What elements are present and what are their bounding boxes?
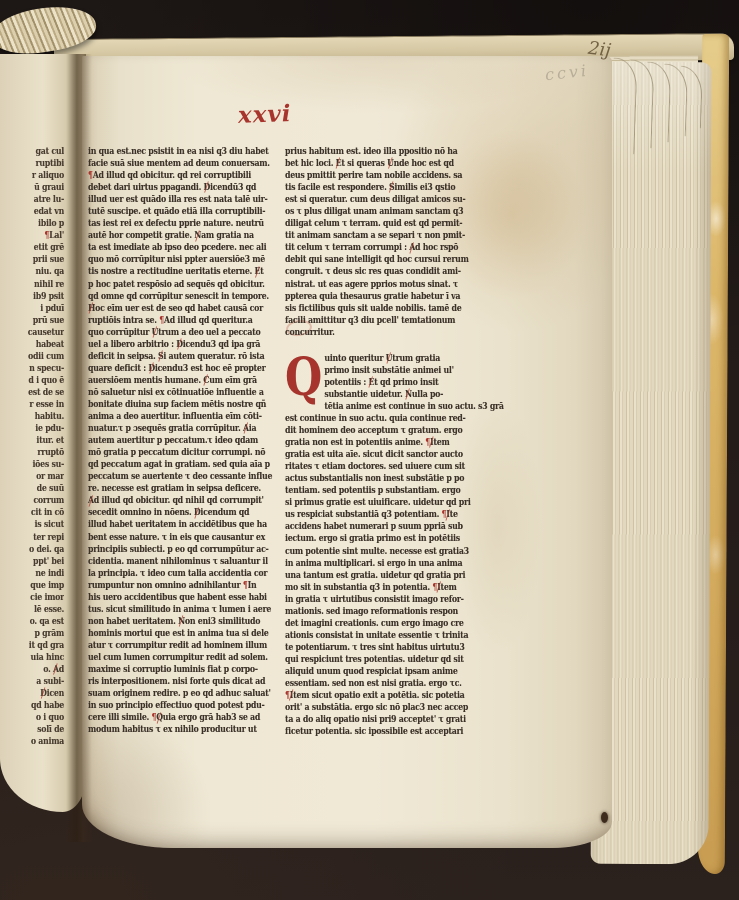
text-line: dit hominem deo acceptum τ gratum. ergo — [285, 425, 472, 437]
text-line: autem auertitur p peccatum.τ ideo qdam — [88, 435, 275, 447]
text-line: o. qa est — [12, 616, 64, 628]
text-line: Hoc eīm uer est de seo qd habet causā co… — [88, 303, 275, 315]
text-column-left: in qua est.nec psistit in ea nisi q3 diu… — [88, 146, 275, 736]
text-line: uel a libero arbitrio : Dicendu3 qd ipa … — [88, 339, 275, 351]
text-line: facie suā siue mentem ad deum conuersam. — [88, 158, 275, 170]
text-line: it qd gra — [12, 640, 64, 652]
text-line: que imp — [12, 580, 64, 592]
text-line: habeat — [12, 339, 64, 351]
text-line: causetur — [12, 327, 64, 339]
text-line: ritates τ etiam doctores. sed uiuere cum… — [285, 461, 472, 473]
text-line: debet dari uirtus ppagandi. Dicendū3 qd — [88, 182, 275, 194]
text-line: quo corrūpitur Utrum a deo uel a peccato — [88, 327, 275, 339]
text-line: ris interpositionem. nisi forte quis dic… — [88, 676, 275, 688]
text-line: cum potentie sint multe. necesse est gra… — [285, 546, 472, 558]
text-line: in gratia τ uirtutibus consistit imago r… — [285, 594, 472, 606]
facing-page-text-fragments: gat culruptibir aliquoū grauiatre lu-eda… — [12, 146, 64, 748]
text-line: ū graui — [12, 182, 64, 194]
text-line: iectum. ergo si gratia primo est in potē… — [285, 533, 472, 545]
text-line: tas iest rei ex defectu pprie nature. ne… — [88, 218, 275, 230]
text-line: quare deficit : Dicendu3 est hoc eē prop… — [88, 363, 275, 375]
text-line: deus pmittit perire tam nobile accidens.… — [285, 170, 472, 182]
ink-spot — [601, 812, 608, 823]
text-line: bet hic loci. Et si queras Unde hoc est … — [285, 158, 472, 170]
text-line: nō saluetur nisi ex cōtinuatiōe influent… — [88, 387, 275, 399]
text-line: itur. et — [12, 435, 64, 447]
text-line: ppt' bei — [12, 556, 64, 568]
text-line: autē hor competit gratie. Nam gratia na — [88, 230, 275, 242]
text-line: aliquid unum quod respiciat ipsam anime — [285, 666, 472, 678]
text-line: niu. qa — [12, 266, 64, 278]
text-line: ibilo p — [12, 218, 64, 230]
text-line: r esse in — [12, 399, 64, 411]
text-line: hominis mortui que est in anima tua si d… — [88, 628, 275, 640]
text-line: illud habet ueritatem in accidētibus que… — [88, 519, 275, 531]
text-block-first: prius habitum est. ideo illa ppositio nō… — [285, 146, 472, 339]
text-line: ¶Ad illud qd obicitur. qd rei corruptibi… — [88, 170, 275, 182]
text-line: his uero accidentibus que habent esse ha… — [88, 592, 275, 604]
text-line: d i quo ē — [12, 375, 64, 387]
text-line: iōes su- — [12, 459, 64, 471]
text-line: facili amittitur q3 diu pcell' temtation… — [285, 315, 472, 327]
text-line: ¶Lal' — [12, 230, 64, 242]
text-line: una tantum est gratia. uidetur qd gratia… — [285, 570, 472, 582]
text-line: qui respiciunt tres potentias. uidetur q… — [285, 654, 472, 666]
text-line: prius habitum est. ideo illa ppositio nō… — [285, 146, 472, 158]
text-line: rruptō — [12, 447, 64, 459]
text-line: est si queratur. cum deus diligat amicos… — [285, 194, 472, 206]
text-line: sis fictilibus quis sit ualde nobilis. t… — [285, 303, 472, 315]
text-line: tit celum τ terram corrumpi : Ad hoc rsp… — [285, 242, 472, 254]
text-block-lines: uinto queritur Utrum gratiaprimo insit s… — [285, 353, 472, 739]
text-line: habitu. — [12, 411, 64, 423]
text-line: a subi- — [12, 676, 64, 688]
text-line: bonitate diuina sup faciem mētis nostre … — [88, 399, 275, 411]
text-line: i pduī — [12, 303, 64, 315]
text-line: re. necesse est gratiam in seipsa defice… — [88, 483, 275, 495]
text-line: tus. sicut similitudo in anima τ lumen i… — [88, 604, 275, 616]
text-line: gratia est uita aīe. sicut dicit sanctor… — [285, 449, 472, 461]
text-line: nuatur.τ p ɔsequēs gratia corrūpitur. Ai… — [88, 423, 275, 435]
text-line: diligat celum τ terram. quid est qd perm… — [285, 218, 472, 230]
text-line: gratia non est in potentiis anime. ¶Item — [285, 437, 472, 449]
text-line: ruptibi — [12, 158, 64, 170]
text-line: atre lu- — [12, 194, 64, 206]
text-line: ta est imediate ab ipso deo pcedere. nec… — [88, 242, 275, 254]
text-line: non habet ueritatem. Non eni3 similitudo — [88, 616, 275, 628]
text-line: ib9 psit — [12, 291, 64, 303]
text-line: ter repi — [12, 532, 64, 544]
text-line: nihil re — [12, 279, 64, 291]
text-line: det imagini creationis. cum ergo imago c… — [285, 618, 472, 630]
text-line: etit grē — [12, 242, 64, 254]
text-line: or mar — [12, 471, 64, 483]
text-line: cere illi simile. ¶Quia ergo grā hab3 se… — [88, 712, 275, 724]
text-line: Ad illud qd obicitur. qd nihil qd corrum… — [88, 495, 275, 507]
text-line: lē esse. — [12, 604, 64, 616]
text-block-quinto-queritur: Q uinto queritur Utrum gratiaprimo insit… — [285, 353, 472, 739]
text-line: ¶Item sicut opatio exit a potētia. sic p… — [285, 690, 472, 702]
text-line: ruptiōis intra se. ¶Ad illud qd queritur… — [88, 315, 275, 327]
text-line: est de se — [12, 387, 64, 399]
text-line: tentiam. sed potentiis p substantiam. er… — [285, 485, 472, 497]
text-line: peccatum se auertente τ deo cessante inf… — [88, 471, 275, 483]
text-line: mationis. sed imago reformationis respon — [285, 606, 472, 618]
text-line: est continue in suo actu. quia continue … — [285, 413, 472, 425]
text-line: de suū — [12, 483, 64, 495]
text-line: tutē suscipe. et quādo etiā illa corrupt… — [88, 206, 275, 218]
text-line: gat cul — [12, 146, 64, 158]
drop-cap-initial-Q: Q — [285, 356, 319, 402]
text-line: mo sit in substantia q3 in potentia. ¶It… — [285, 582, 472, 594]
text-line: p grām — [12, 628, 64, 640]
text-line: cidentia. manent nihilominus τ saluantur… — [88, 556, 275, 568]
text-line: r aliquo — [12, 170, 64, 182]
text-line: atur τ corrumpitur redit ad hominem illu… — [88, 640, 275, 652]
text-line: o. Ad — [12, 664, 64, 676]
text-line: secedit omnino in nōens. Dicendum qd — [88, 507, 275, 519]
text-line: in qua est.nec psistit in ea nisi q3 diu… — [88, 146, 275, 158]
text-line: principiis subiecti. p eo qd corrumpūtur… — [88, 544, 275, 556]
text-line: concurritur. — [285, 327, 472, 339]
text-line: congruit. τ deus sic res quas condidit a… — [285, 266, 472, 278]
text-line: orit' a substātia. ergo sic nō plac3 nec… — [285, 702, 472, 714]
text-line: tis facile est respondere. Similis ei3 q… — [285, 182, 472, 194]
text-line: ta a do aliq opatio nisi pri9 acceptet' … — [285, 714, 472, 726]
text-line: ne indi — [12, 568, 64, 580]
text-line: tis nostre a rectitudine ueritatis etern… — [88, 266, 275, 278]
text-line: uel cum lumen corrumpitur redit ad solem… — [88, 652, 275, 664]
text-line: Dicen — [12, 688, 64, 700]
text-line: in anima multiplicari. si ergo in una an… — [285, 558, 472, 570]
text-line: p hoc patet respōsio ad sequēs qd obicit… — [88, 279, 275, 291]
text-line: essentiam. sed non est nisi gratia. ergo… — [285, 678, 472, 690]
text-column-right: prius habitum est. ideo illa ppositio nō… — [285, 146, 472, 738]
text-line: debit qui sane intelligit qd hoc cursui … — [285, 254, 472, 266]
text-line: os τ plus diligat unam animam sanctam q3 — [285, 206, 472, 218]
text-line: corrum — [12, 495, 64, 507]
text-line: mō gratia p peccatum dicitur corrumpi. n… — [88, 447, 275, 459]
text-line: us respiciat substantiā q3 potentiam. ¶I… — [285, 509, 472, 521]
text-line: accidens habet numerari p suum ppriā sub — [285, 521, 472, 533]
text-line: prū sue — [12, 315, 64, 327]
handwritten-folio-number: 2ij — [587, 39, 612, 62]
incunabulum-book-photograph: gat culruptibir aliquoū grauiatre lu-eda… — [0, 0, 739, 900]
text-line: o dei. qa — [12, 544, 64, 556]
text-line: odii cum — [12, 351, 64, 363]
text-line: cie imor — [12, 592, 64, 604]
text-line: nistrat. ut eas agere pprios motus sinat… — [285, 279, 472, 291]
text-line: is sicut — [12, 519, 64, 531]
text-line: suam originem redire. p eo qd adhuc salu… — [88, 688, 275, 700]
text-line: auersiōem mentis humane. Cum eīm grā — [88, 375, 275, 387]
text-line: ficetur potentia. sic ipossibile est acc… — [285, 726, 472, 738]
text-line: bent esse nature. τ in eis que causantur… — [88, 532, 275, 544]
text-line: n specu- — [12, 363, 64, 375]
text-line: ppterea quia thesaurus gratie habetur ī … — [285, 291, 472, 303]
text-line: qd omne qd corrūpitur senescit in tempor… — [88, 291, 275, 303]
text-line: o i quo — [12, 712, 64, 724]
text-line: quo mō corrūpitur nisi ppter auersiōe3 m… — [88, 254, 275, 266]
text-line: o anima — [12, 736, 64, 748]
text-line: si primus gratie est uiuificare. uidetur… — [285, 497, 472, 509]
text-line: ationis consistat in unitate essentie τ … — [285, 630, 472, 642]
text-line: edat vn — [12, 206, 64, 218]
text-line: cit in cō — [12, 507, 64, 519]
text-line: modum habitus τ ex nihilo producitur ut — [88, 724, 275, 736]
text-line: actus substantialis non inest substātie … — [285, 473, 472, 485]
text-line: qd habe — [12, 700, 64, 712]
chapter-number-rubric: xxvi — [238, 102, 292, 128]
text-line: illud uer est quādo illa res est nata ta… — [88, 194, 275, 206]
text-line: rumpuntur non omnino adnihilantur ¶In — [88, 580, 275, 592]
text-line: la principia. τ ideo cum talia accidenti… — [88, 568, 275, 580]
text-line: ie pdu- — [12, 423, 64, 435]
text-line: prii sue — [12, 254, 64, 266]
text-line: solī de — [12, 724, 64, 736]
text-line: in suo principio effectiuo quod potest p… — [88, 700, 275, 712]
text-line: maxime si corruptio luminis fiat p corpo… — [88, 664, 275, 676]
text-line: te potentiarum. τ tres sint habitus uirt… — [285, 642, 472, 654]
text-line: tit animam sanctam a se separi τ non pmi… — [285, 230, 472, 242]
text-line: qd peccatum agat in gratiam. sed quia aī… — [88, 459, 275, 471]
text-line: deficit in seipsa. Si autem queratur. rō… — [88, 351, 275, 363]
